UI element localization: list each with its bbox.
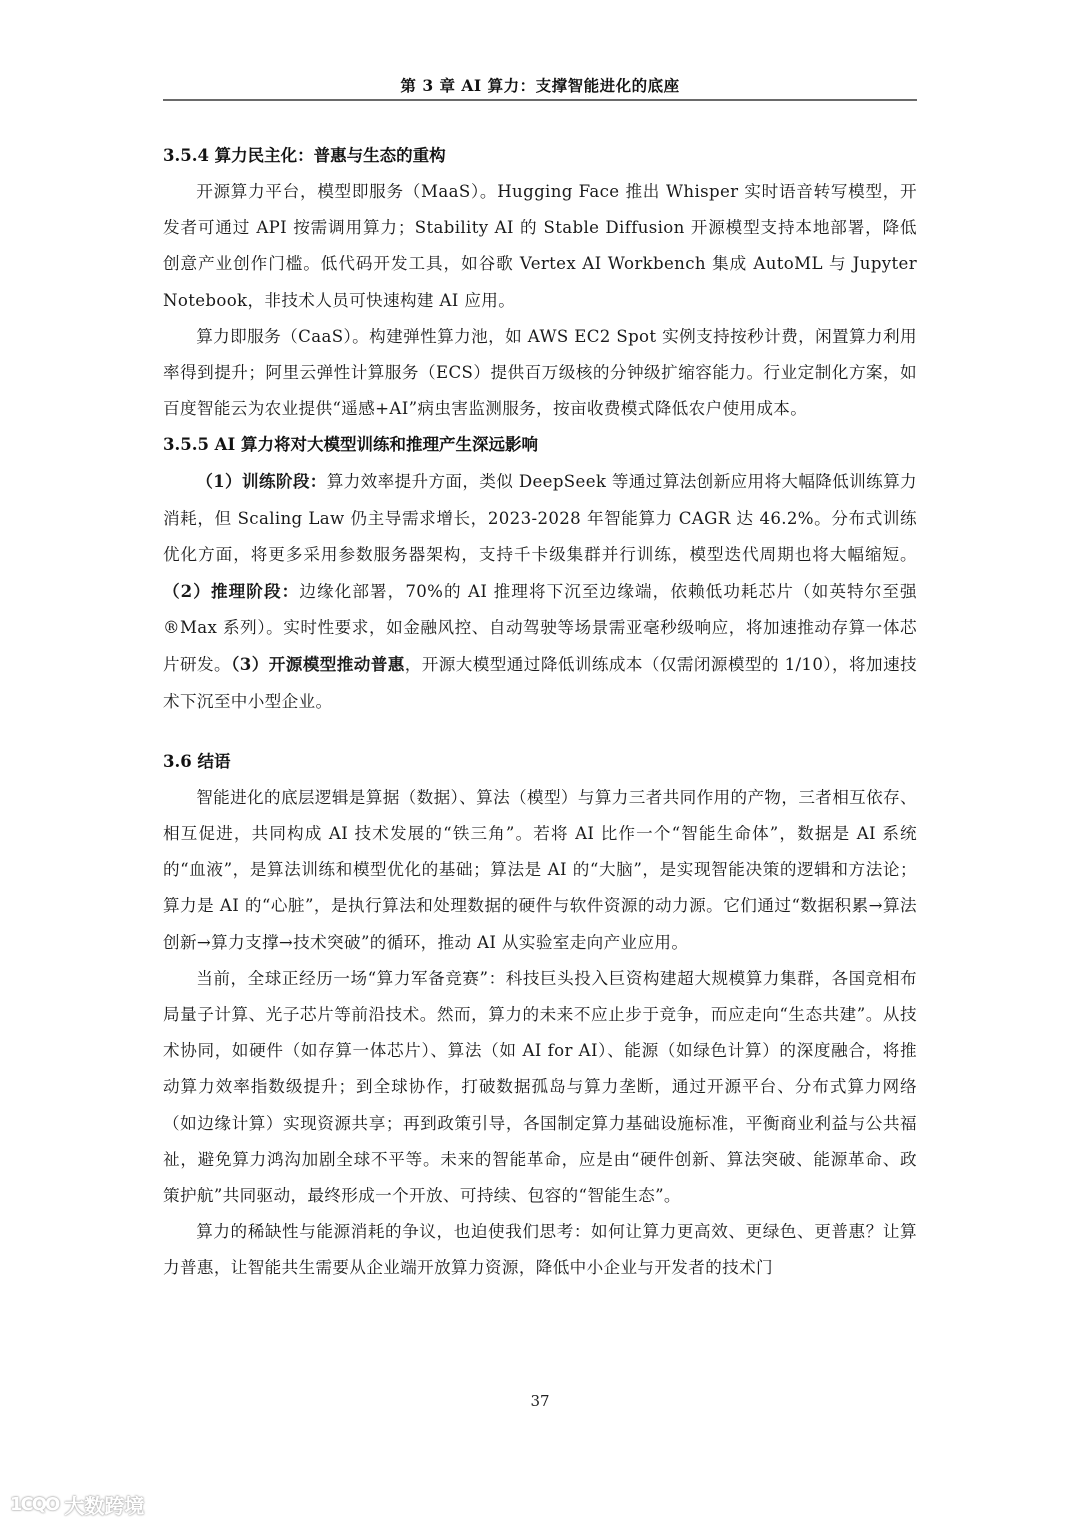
header-rule: [163, 99, 917, 101]
section-title-3-6: 3.6 结语: [163, 744, 917, 780]
paragraph-inclusive-compute: 算力的稀缺性与能源消耗的争议，也迫使我们思考：如何让算力更高效、更绿色、更普惠？…: [163, 1214, 917, 1286]
label-inference-stage: （2）推理阶段：: [163, 581, 299, 601]
watermark-text: 大数跨境: [64, 1490, 144, 1519]
paragraph-maas: 开源算力平台，模型即服务（MaaS）。Hugging Face 推出 Whisp…: [163, 174, 917, 319]
label-training-stage: （1）训练阶段：: [196, 471, 327, 491]
paragraph-arms-race: 当前，全球正经历一场“算力军备竞赛”：科技巨头投入巨资构建超大规模算力集群，各国…: [163, 961, 917, 1214]
label-open-source: （3）开源模型推动普惠: [231, 654, 405, 674]
paragraph-iron-triangle: 智能进化的底层逻辑是算据（数据）、算法（模型）与算力三者共同作用的产物，三者相互…: [163, 780, 917, 961]
watermark: 1CQO 大数跨境: [10, 1490, 144, 1519]
section-gap: [163, 732, 917, 744]
paragraph-caas: 算力即服务（CaaS）。构建弹性算力池，如 AWS EC2 Spot 实例支持按…: [163, 319, 917, 428]
section-title-3-5-4: 3.5.4 算力民主化：普惠与生态的重构: [163, 138, 917, 174]
watermark-logo-icon: 1CQO: [10, 1494, 58, 1515]
page-body: 3.5.4 算力民主化：普惠与生态的重构 开源算力平台，模型即服务（MaaS）。…: [163, 138, 917, 1287]
section-gap: [163, 720, 917, 732]
running-header: 第 3 章 AI 算力：支撑智能进化的底座: [163, 74, 917, 96]
paragraph-training-inference: （1）训练阶段：算力效率提升方面，类似 DeepSeek 等通过算法创新应用将大…: [163, 463, 917, 719]
page-number: 37: [163, 1392, 917, 1410]
section-title-3-5-5: 3.5.5 AI 算力将对大模型训练和推理产生深远影响: [163, 427, 917, 463]
